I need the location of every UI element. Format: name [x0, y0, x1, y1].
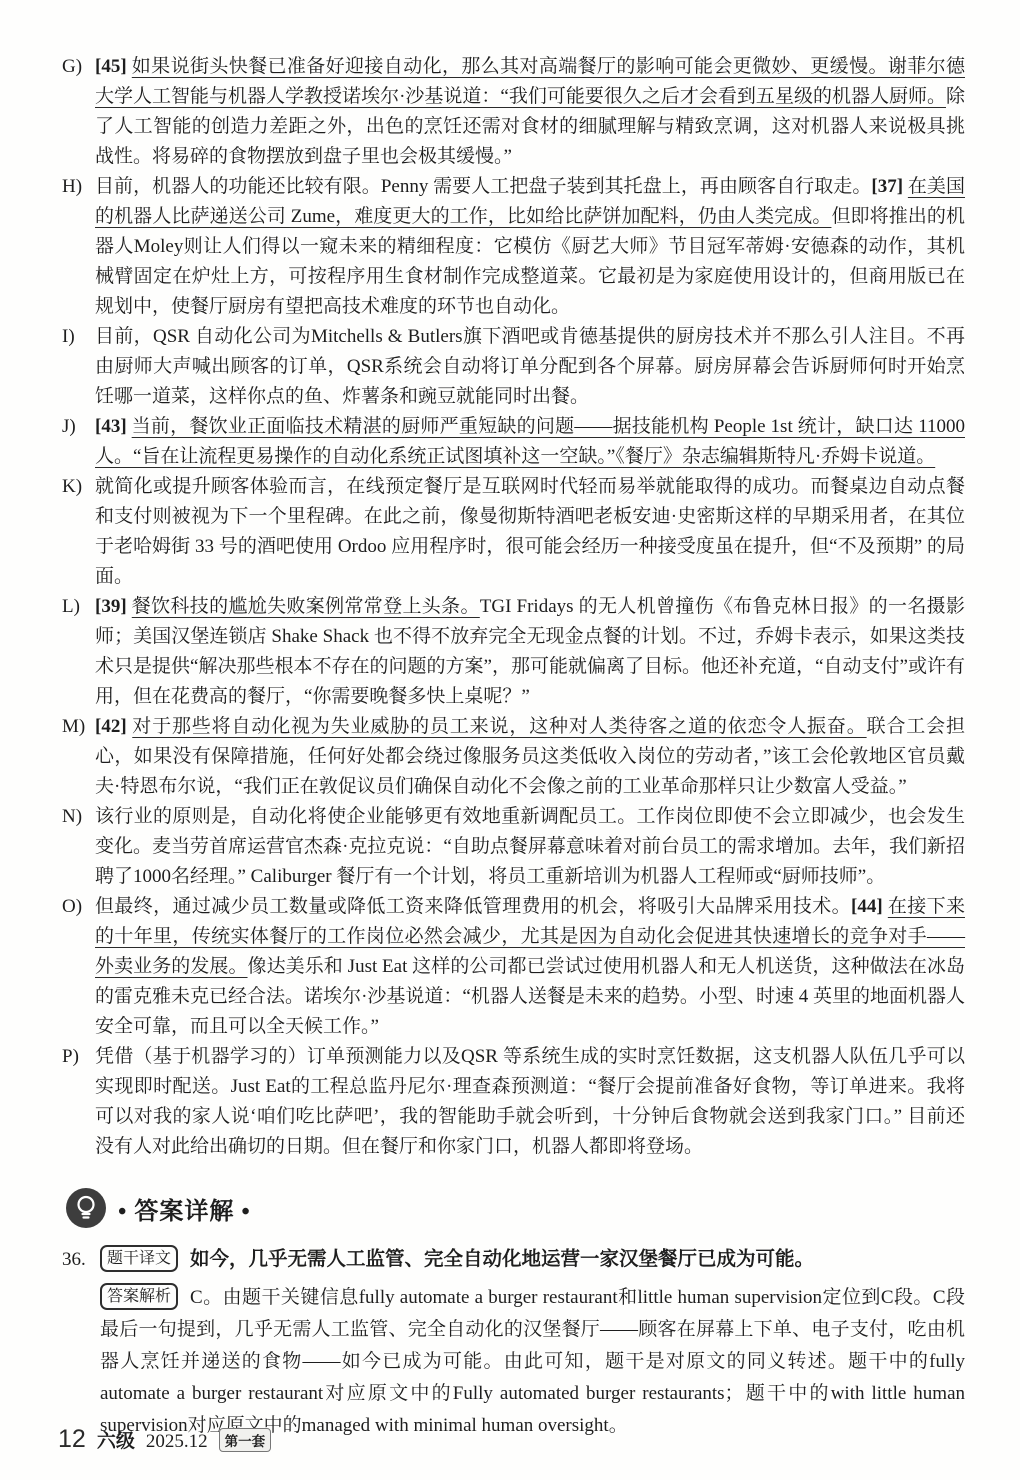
paragraph-text: [43] 当前，餐饮业正面临技术精湛的厨师严重短缺的问题——据技能机构 Peop…	[95, 412, 965, 472]
passage-paragraph: I)目前，QSR 自动化公司为Mitchells & Butlers旗下酒吧或肯…	[62, 322, 965, 412]
textbook-page: G)[45] 如果说街头快餐已准备好迎接自动化，那么其对高端餐厅的影响可能会更微…	[0, 0, 1020, 1480]
answer-item-body: 题干译文如今，几乎无需人工监管、完全自动化地运营一家汉堡餐厅已成为可能。 答案解…	[100, 1244, 965, 1442]
question-ref-tag: [39]	[95, 596, 132, 617]
answer-analysis-text: C。由题干关键信息fully automate a burger restaur…	[100, 1287, 965, 1436]
answer-section: • 答案详解 • 36. 题干译文如今，几乎无需人工监管、完全自动化地运营一家汉…	[62, 1186, 965, 1442]
paragraph-label: K)	[62, 472, 95, 502]
question-translation-line: 题干译文如今，几乎无需人工监管、完全自动化地运营一家汉堡餐厅已成为可能。	[100, 1244, 965, 1276]
lightbulb-icon	[64, 1186, 108, 1230]
text-segment: 凭借（基于机器学习的）订单预测能力以及QSR 等系统生成的实时烹饪数据，这支机器…	[95, 1046, 965, 1157]
question-ref-tag: [45]	[95, 56, 132, 77]
paragraph-text: 目前，机器人的功能还比较有限。Penny 需要人工把盘子装到其托盘上，再由顾客自…	[95, 172, 965, 322]
question-ref-tag: [42]	[95, 716, 132, 737]
exam-date-label: 2025.12	[146, 1431, 208, 1453]
answer-section-title: • 答案详解 •	[118, 1191, 251, 1226]
answer-section-header: • 答案详解 •	[64, 1186, 965, 1230]
paragraph-text: [42] 对于那些将自动化视为失业威胁的员工来说，这种对人类待客之道的依恋令人振…	[95, 712, 965, 802]
passage-paragraph: N)该行业的原则是，自动化将使企业能够更有效地重新调配员工。工作岗位即使不会立即…	[62, 802, 965, 892]
text-segment: 目前，机器人的功能还比较有限。Penny 需要人工把盘子装到其托盘上，再由顾客自…	[95, 176, 871, 197]
text-segment: 目前，QSR 自动化公司为Mitchells & Butlers旗下酒吧或肯德基…	[95, 326, 965, 407]
paragraph-text: 凭借（基于机器学习的）订单预测能力以及QSR 等系统生成的实时烹饪数据，这支机器…	[95, 1042, 965, 1162]
paragraph-label: M)	[62, 712, 95, 742]
question-ref-tag: [43]	[95, 416, 132, 437]
paragraph-label: L)	[62, 592, 95, 622]
translation-tag: 题干译文	[100, 1245, 178, 1272]
paragraph-label: I)	[62, 322, 95, 352]
passage-paragraph: P)凭借（基于机器学习的）订单预测能力以及QSR 等系统生成的实时烹饪数据，这支…	[62, 1042, 965, 1162]
paragraph-text: [39] 餐饮科技的尴尬失败案例常常登上头条。TGI Fridays 的无人机曾…	[95, 592, 965, 712]
passage-paragraph: K)就简化或提升顾客体验而言，在线预定餐厅是互联网时代轻而易举就能取得的成功。而…	[62, 472, 965, 592]
question-ref-tag: [37]	[871, 176, 907, 197]
text-segment: 该行业的原则是，自动化将使企业能够更有效地重新调配员工。工作岗位即使不会立即减少…	[95, 806, 965, 887]
text-segment: 就简化或提升顾客体验而言，在线预定餐厅是互联网时代轻而易举就能取得的成功。而餐桌…	[95, 476, 965, 587]
passage-paragraph: L)[39] 餐饮科技的尴尬失败案例常常登上头条。TGI Fridays 的无人…	[62, 592, 965, 712]
passage-translation: G)[45] 如果说街头快餐已准备好迎接自动化，那么其对高端餐厅的影响可能会更微…	[62, 52, 965, 1162]
exam-level-label: 六级	[97, 1426, 135, 1453]
passage-paragraph: J)[43] 当前，餐饮业正面临技术精湛的厨师严重短缺的问题——据技能机构 Pe…	[62, 412, 965, 472]
paragraph-text: 但最终，通过减少员工数量或降低工资来降低管理费用的机会，将吸引大品牌采用技术。[…	[95, 892, 965, 1042]
page-footer: 12 六级 2025.12 第一套	[58, 1425, 271, 1454]
text-segment: 但最终，通过减少员工数量或降低工资来降低管理费用的机会，将吸引大品牌采用技术。	[95, 896, 851, 917]
underlined-segment: 对于那些将自动化视为失业威胁的员工来说，这种对人类待客之道的依恋令人振奋。	[132, 716, 866, 737]
paragraph-label: P)	[62, 1042, 95, 1072]
passage-paragraph: G)[45] 如果说街头快餐已准备好迎接自动化，那么其对高端餐厅的影响可能会更微…	[62, 52, 965, 172]
question-ref-tag: [44]	[851, 896, 888, 917]
paragraph-label: N)	[62, 802, 95, 832]
question-translation-text: 如今，几乎无需人工监管、完全自动化地运营一家汉堡餐厅已成为可能。	[190, 1249, 814, 1270]
paragraph-label: G)	[62, 52, 95, 82]
paragraph-label: O)	[62, 892, 95, 922]
answer-analysis-line: 答案解析C。由题干关键信息fully automate a burger res…	[100, 1282, 965, 1442]
paragraph-text: 目前，QSR 自动化公司为Mitchells & Butlers旗下酒吧或肯德基…	[95, 322, 965, 412]
page-number: 12	[58, 1425, 86, 1454]
paragraph-label: J)	[62, 412, 95, 442]
passage-paragraph: M)[42] 对于那些将自动化视为失业威胁的员工来说，这种对人类待客之道的依恋令…	[62, 712, 965, 802]
paragraph-text: 该行业的原则是，自动化将使企业能够更有效地重新调配员工。工作岗位即使不会立即减少…	[95, 802, 965, 892]
underlined-segment: 如果说街头快餐已准备好迎接自动化，那么其对高端餐厅的影响可能会更微妙、更缓慢。谢…	[95, 56, 965, 107]
paragraph-label: H)	[62, 172, 95, 202]
exam-set-badge: 第一套	[219, 1428, 272, 1452]
passage-paragraph: H)目前，机器人的功能还比较有限。Penny 需要人工把盘子装到其托盘上，再由顾…	[62, 172, 965, 322]
paragraph-text: [45] 如果说街头快餐已准备好迎接自动化，那么其对高端餐厅的影响可能会更微妙、…	[95, 52, 965, 172]
paragraph-text: 就简化或提升顾客体验而言，在线预定餐厅是互联网时代轻而易举就能取得的成功。而餐桌…	[95, 472, 965, 592]
underlined-segment: 餐饮科技的尴尬失败案例常常登上头条。	[132, 596, 480, 617]
question-number: 36.	[62, 1244, 100, 1276]
underlined-segment: 当前，餐饮业正面临技术精湛的厨师严重短缺的问题——据技能机构 People 1s…	[95, 416, 965, 467]
answer-item-36: 36. 题干译文如今，几乎无需人工监管、完全自动化地运营一家汉堡餐厅已成为可能。…	[62, 1244, 965, 1442]
passage-paragraph: O)但最终，通过减少员工数量或降低工资来降低管理费用的机会，将吸引大品牌采用技术…	[62, 892, 965, 1042]
analysis-tag: 答案解析	[100, 1283, 178, 1310]
